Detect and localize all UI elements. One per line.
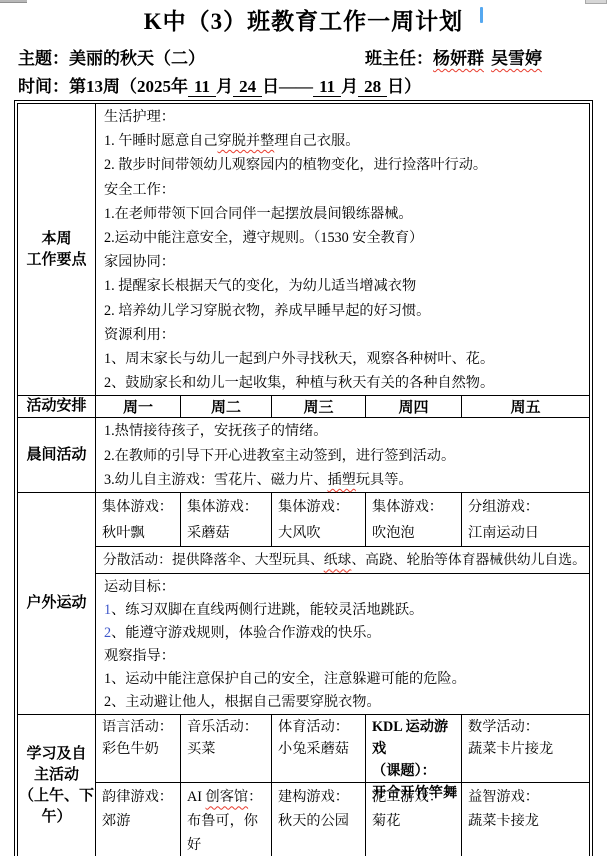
row-label-schedule: 活动安排 <box>18 396 96 417</box>
row-label-line: 户外运动 <box>26 593 86 614</box>
activity-cell-tue-2: AI 创客馆： 布鲁可，你好 <box>180 783 271 856</box>
activity-cell-tue-1: 音乐活动：买菜 <box>180 715 271 782</box>
activity-cell-thu-1-kdl: KDL 运动游戏（课题）：开合开竹竿舞 <box>365 715 461 782</box>
meta-row: 主题：美丽的秋天（二） 班主任：杨妍群吴雪婷 <box>0 44 607 69</box>
teacher-line: 班主任：杨妍群吴雪婷 <box>365 44 549 69</box>
page-edge-fragment-right <box>585 0 607 4</box>
row-morning: 晨间活动 1.热情接待孩子，安抚孩子的情绪。 2.在教师的引导下开心进教室主动签… <box>18 418 589 493</box>
group-games-row: 集体游戏：秋叶飘 集体游戏：采蘑菇 集体游戏：大风吹 集体游戏：吹泡泡 分组游戏… <box>96 493 589 547</box>
day-header-thu: 周四 <box>365 396 461 417</box>
document-page: K中（3）班教育工作一周计划 主题：美丽的秋天（二） 班主任：杨妍群吴雪婷 时间… <box>0 0 607 856</box>
sport-goals-block: 运动目标： 1、练习双脚在直线两侧行进跳，能较灵活地跳跃。 2、能遵守游戏规则，… <box>96 574 589 714</box>
text-line: 2. 散步时间带领幼儿观察园内的植物变化，进行捡落叶行动。 <box>104 153 589 177</box>
time-dash: 日—— <box>262 77 313 96</box>
activity-cell-mon-2: 韵律游戏：郊游 <box>96 783 180 856</box>
text-line: 安全工作： <box>104 178 589 202</box>
text-line: 2、鼓励家长和幼儿一起收集，种植与秋天有关的各种自然物。 <box>104 371 589 395</box>
collab-cursor <box>480 7 483 23</box>
activity-cell-mon-1: 语言活动：彩色牛奶 <box>96 715 180 782</box>
theme-label: 主题：美丽的秋天（二） <box>18 44 205 69</box>
text-line: 1. 提醒家长根据天气的变化，为幼儿适当增减衣物 <box>104 274 589 298</box>
activity-cell-wed-1: 体育活动：小兔采蘑菇 <box>271 715 365 782</box>
text-line: 生活护理： <box>104 105 589 129</box>
text-line: 2. 培养幼儿学习穿脱衣物，养成早睡早起的好习惯。 <box>104 299 589 323</box>
row-label-learning: 学习及自 主活动 （上午、下 午） <box>18 715 96 856</box>
text-line: 2、主动避让他人，根据自己需要穿脱衣物。 <box>104 691 589 714</box>
learning-row-2: 韵律游戏：郊游 AI 创客馆： 布鲁可，你好 建构游戏：秋天的公园 泥工游戏：菊… <box>96 783 589 856</box>
time-month-char-2: 月 <box>341 77 358 96</box>
spellcheck-squiggle: 插塑 <box>327 472 355 488</box>
time-month-char-1: 月 <box>216 77 233 96</box>
teacher-label: 班主任： <box>365 49 433 68</box>
row-label-work-points: 本周 工作要点 <box>18 104 96 395</box>
row-label-line: 学习及自 <box>26 744 86 765</box>
activity-cell-wed-2: 建构游戏：秋天的公园 <box>271 783 365 856</box>
text-line: 运动目标： <box>104 576 589 599</box>
doc-title: K中（3）班教育工作一周计划 <box>0 0 607 36</box>
spellcheck-squiggle: 创客馆 <box>206 789 249 805</box>
game-cell-fri: 分组游戏：江南运动日 <box>461 493 589 546</box>
game-cell-tue: 集体游戏：采蘑菇 <box>180 493 271 546</box>
work-points-content: 生活护理： 1. 午睡时愿意自己穿脱并整理自己衣服。 2. 散步时间带领幼儿观察… <box>96 104 589 395</box>
time-day-1: 24 <box>233 77 262 97</box>
spellcheck-squiggle: 纸球 <box>324 552 352 567</box>
text-line: 2、能遵守游戏规则，体验合作游戏的快乐。 <box>104 622 589 645</box>
text-line: 1、运动中能注意保护自己的安全，注意躲避可能的危险。 <box>104 668 589 691</box>
row-label-line: 活动安排 <box>26 396 86 417</box>
row-label-line: 本周 <box>41 229 71 250</box>
text-line: 1.热情接待孩子，安抚孩子的情绪。 <box>104 419 589 443</box>
row-label-outdoor: 户外运动 <box>18 493 96 714</box>
outdoor-content: 集体游戏：秋叶飘 集体游戏：采蘑菇 集体游戏：大风吹 集体游戏：吹泡泡 分组游戏… <box>96 493 589 714</box>
text-line: 家园协同： <box>104 250 589 274</box>
activity-cell-thu-2: 泥工游戏：菊花 <box>365 783 461 856</box>
teacher-name-1: 杨妍群 <box>433 49 484 68</box>
text-line: 1.在老师带领下回合同伴一起摆放晨间锻练器械。 <box>104 202 589 226</box>
day-header-wed: 周三 <box>271 396 365 417</box>
teacher-name-2: 吴雪婷 <box>491 49 542 68</box>
text-line: 观察指导： <box>104 645 589 668</box>
row-label-line: 午） <box>41 807 71 828</box>
day-header-tue: 周二 <box>180 396 271 417</box>
text-line: 2.在教师的引导下开心进教室主动签到，进行签到活动。 <box>104 444 589 468</box>
learning-content: 语言活动：彩色牛奶 音乐活动：买菜 体育活动：小兔采蘑菇 KDL 运动游戏（课题… <box>96 715 589 856</box>
page-edge-fragment-left <box>0 0 27 3</box>
weekly-plan-table: 本周 工作要点 生活护理： 1. 午睡时愿意自己穿脱并整理自己衣服。 2. 散步… <box>14 100 593 856</box>
row-label-line: （上午、下 <box>19 786 94 807</box>
activity-cell-fri-1: 数学活动：蔬菜卡片接龙 <box>461 715 589 782</box>
text-line: 1. 午睡时愿意自己穿脱并整理自己衣服。 <box>104 129 589 153</box>
time-day-2: 28 <box>358 77 387 97</box>
time-prefix: 时间：第13周（2025年 <box>18 77 188 96</box>
text-line: 1、周末家长与幼儿一起到户外寻找秋天，观察各种树叶、花。 <box>104 347 589 371</box>
row-work-points: 本周 工作要点 生活护理： 1. 午睡时愿意自己穿脱并整理自己衣服。 2. 散步… <box>18 104 589 396</box>
game-cell-wed: 集体游戏：大风吹 <box>271 493 365 546</box>
row-label-morning: 晨间活动 <box>18 418 96 492</box>
text-line: 3.幼儿自主游戏：雪花片、磁力片、插塑玩具等。 <box>104 468 589 492</box>
row-learning: 学习及自 主活动 （上午、下 午） 语言活动：彩色牛奶 音乐活动：买菜 体育活动… <box>18 715 589 856</box>
text-line: 2.运动中能注意安全，遵守规则。（1530 安全教育） <box>104 226 589 250</box>
game-cell-thu: 集体游戏：吹泡泡 <box>365 493 461 546</box>
row-label-line: 工作要点 <box>26 250 86 271</box>
time-line: 时间：第13周（2025年11月24日——11月28日） <box>18 72 607 98</box>
text-line: 1、练习双脚在直线两侧行进跳，能较灵活地跳跃。 <box>104 599 589 622</box>
spellcheck-squiggle: 穿脱并整 <box>218 133 275 149</box>
row-label-line: 晨间活动 <box>26 445 86 466</box>
day-header-mon: 周一 <box>96 396 180 417</box>
game-cell-mon: 集体游戏：秋叶飘 <box>96 493 180 546</box>
row-label-line: 主活动 <box>34 765 79 786</box>
time-month-1: 11 <box>188 77 216 97</box>
row-outdoor: 户外运动 集体游戏：秋叶飘 集体游戏：采蘑菇 集体游戏：大风吹 集体游戏：吹泡泡 <box>18 493 589 715</box>
text-line: 资源利用： <box>104 323 589 347</box>
time-month-2: 11 <box>313 77 341 97</box>
morning-content: 1.热情接待孩子，安抚孩子的情绪。 2.在教师的引导下开心进教室主动签到，进行签… <box>96 418 589 492</box>
scatter-activity-line: 分散活动：提供降落伞、大型玩具、纸球、高跷、轮胎等体育器械供幼儿自选。 <box>96 547 589 574</box>
time-suffix: 日） <box>387 77 421 96</box>
learning-row-1: 语言活动：彩色牛奶 音乐活动：买菜 体育活动：小兔采蘑菇 KDL 运动游戏（课题… <box>96 715 589 783</box>
activity-cell-fri-2: 益智游戏：蔬菜卡接龙 <box>461 783 589 856</box>
day-header-fri: 周五 <box>461 396 589 417</box>
row-day-headers: 活动安排 周一 周二 周三 周四 周五 <box>18 396 589 418</box>
